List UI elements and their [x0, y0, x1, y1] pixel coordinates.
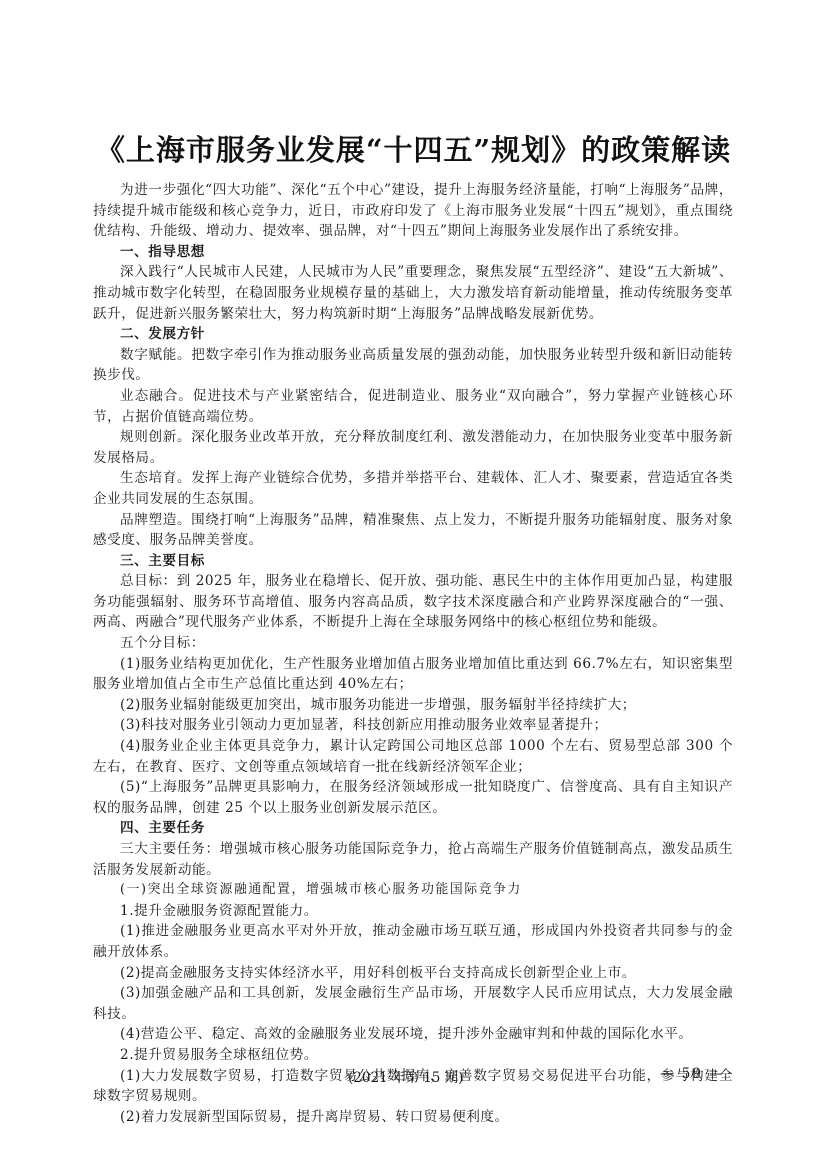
goal-item: (4)服务业企业主体更具竞争力，累计认定跨国公司地区总部 1000 个左右、贸易…: [93, 736, 733, 777]
task-point: (2)提高金融服务支持实体经济水平，用好科创板平台支持高成长创新型企业上市。: [93, 963, 733, 984]
task-point: (1)推进金融服务业更高水平对外开放，推动金融市场互联互通，形成国内外投资者共同…: [93, 921, 733, 962]
goal-item: (2)服务业辐射能级更加突出，城市服务功能进一步增强，服务辐射半径持续扩大；: [93, 695, 733, 716]
section-heading-guiding-ideology: 一、指导思想: [93, 242, 733, 263]
page-number: — 59 —: [660, 1066, 725, 1082]
intro-paragraph: 为进一步强化“四大功能”、深化“五个中心”建设，提升上海服务经济量能，打响“上海…: [93, 180, 733, 242]
paragraph: 五个分目标：: [93, 633, 733, 654]
section-heading-main-tasks: 四、主要任务: [93, 818, 733, 839]
document-title: 《上海市服务业发展“十四五”规划》的政策解读: [0, 128, 827, 169]
goal-item: (1)服务业结构更加优化，生产性服务业增加值占服务业增加值比重达到 66.7%左…: [93, 654, 733, 695]
paragraph: 业态融合。促进技术与产业紧密结合，促进制造业、服务业“双向融合”，努力掌握产业链…: [93, 386, 733, 427]
task-item-title: 2.提升贸易服务全球枢纽位势。: [93, 1045, 733, 1066]
issue-label: (2021 年第 15 期): [348, 1066, 463, 1086]
goal-item: (3)科技对服务业引领动力更加显著，科技创新应用推动服务业效率显著提升；: [93, 715, 733, 736]
paragraph: 品牌塑造。围绕打响“上海服务”品牌，精准聚焦、点上发力，不断提升服务功能辐射度、…: [93, 510, 733, 551]
section-heading-development-policy: 二、发展方针: [93, 324, 733, 345]
paragraph: 三大主要任务：增强城市核心服务功能国际竞争力，抢占高端生产服务价值链制高点，激发…: [93, 839, 733, 880]
paragraph: 规则创新。深化服务业改革开放，充分释放制度红利、激发潜能动力，在加快服务业变革中…: [93, 427, 733, 468]
goal-item: (5)“上海服务”品牌更具影响力，在服务经济领域形成一批知晓度广、信誉度高、具有…: [93, 777, 733, 818]
paragraph: 数字赋能。把数字牵引作为推动服务业高质量发展的强劲动能，加快服务业转型升级和新旧…: [93, 345, 733, 386]
task-point: (3)加强金融产品和工具创新，发展金融衍生产品市场，开展数字人民币应用试点，大力…: [93, 983, 733, 1024]
task-point: (4)营造公平、稳定、高效的金融服务业发展环境，提升涉外金融审判和仲裁的国际化水…: [93, 1024, 733, 1045]
task-point: (2)着力发展新型国际贸易，提升离岸贸易、转口贸易便利度。: [93, 1107, 733, 1128]
paragraph: 生态培育。发挥上海产业链综合优势，多措并举搭平台、建载体、汇人才、聚要素，营造适…: [93, 468, 733, 509]
paragraph: 深入践行“人民城市人民建，人民城市为人民”重要理念，聚焦发展“五型经济”、建设“…: [93, 262, 733, 324]
article-body: 为进一步强化“四大功能”、深化“五个中心”建设，提升上海服务经济量能，打响“上海…: [93, 180, 733, 1127]
paragraph: 总目标：到 2025 年，服务业在稳增长、促开放、强功能、惠民生中的主体作用更加…: [93, 571, 733, 633]
task-item-title: 1.提升金融服务资源配置能力。: [93, 901, 733, 922]
section-heading-main-goals: 三、主要目标: [93, 551, 733, 572]
subsection-heading: (一)突出全球资源融通配置，增强城市核心服务功能国际竞争力: [93, 880, 733, 901]
